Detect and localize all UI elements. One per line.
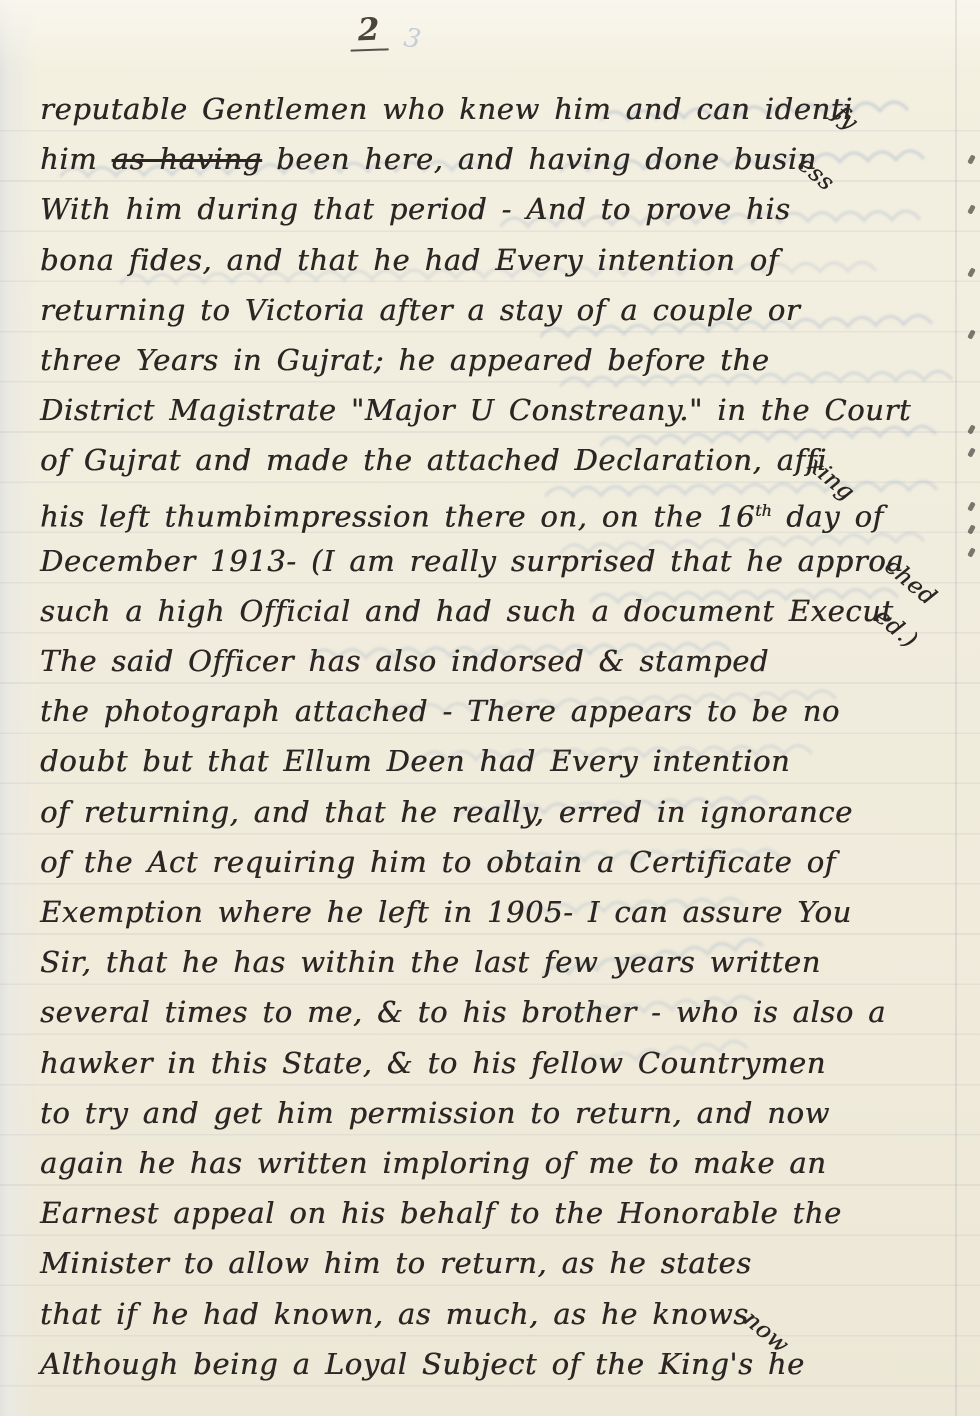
text-segment: th [755,501,772,520]
text-segment: such a high Official and had such a docu… [40,594,894,628]
edge-mark [967,424,976,434]
text-segment: District Magistrate "Major U Constreany.… [40,393,911,427]
edge-mark [967,547,976,557]
handwritten-line: the photograph attached - There appears … [40,686,955,736]
handwritten-line: returning to Victoria after a stay of a … [40,285,955,335]
right-margin-rule [955,0,957,1416]
text-segment: hawker in this State, & to his fellow Co… [40,1046,826,1080]
text-segment: doubt but that Ellum Deen had Every inte… [40,744,790,778]
handwritten-line: of Gujrat and made the attached Declarat… [40,435,955,485]
text-segment: Exemption where he left in 1905- I can a… [40,895,852,929]
text-segment: of the Act requiring him to obtain a Cer… [40,845,836,879]
handwritten-line: Minister to allow him to return, as he s… [40,1238,955,1288]
text-segment: of Gujrat and made the attached Declarat… [40,443,827,477]
text-segment: three Years in Gujrat; he appeared befor… [40,343,769,377]
handwritten-line: again he has written imploring of me to … [40,1138,955,1188]
handwritten-line: him as having been here, and having done… [40,134,955,184]
text-segment: been here, and having done busin [262,142,817,176]
handwritten-line: District Magistrate "Major U Constreany.… [40,385,955,435]
text-segment: that if he had known, as much, as he kno… [40,1297,763,1331]
text-segment: of returning, and that he really, erred … [40,795,853,829]
text-segment: bona fides, and that he had Every intent… [40,243,779,277]
handwritten-line: Although being a Loyal Subject of the Ki… [40,1339,955,1389]
edge-mark [967,329,976,339]
text-segment: again he has written imploring of me to … [40,1146,826,1180]
text-segment: The said Officer has also indorsed & sta… [40,644,769,678]
handwritten-line: December 1913- (I am really surprised th… [40,536,955,586]
page-number: 2 [349,11,388,51]
handwritten-line: reputable Gentlemen who knew him and can… [40,84,955,134]
handwritten-line: to try and get him permission to return,… [40,1088,955,1138]
handwritten-line: three Years in Gujrat; he appeared befor… [40,335,955,385]
page-top-edge [0,0,980,70]
edge-mark [967,204,976,214]
text-segment: Although being a Loyal Subject of the Ki… [40,1347,805,1381]
letter-body: reputable Gentlemen who knew him and can… [40,84,955,1389]
text-segment: to try and get him permission to return,… [40,1096,830,1130]
letter-page: 2 3 reputable Gentlemen who knew him and… [0,0,980,1416]
handwritten-line: of returning, and that he really, erred … [40,787,955,837]
text-segment: several times to me, & to his brother - … [40,995,886,1029]
text-segment: With him during that period - And to pro… [40,192,791,226]
text-segment: Sir, that he has within the last few yea… [40,945,821,979]
handwritten-line: Sir, that he has within the last few yea… [40,937,955,987]
handwritten-line: doubt but that Ellum Deen had Every inte… [40,736,955,786]
text-segment: reputable Gentlemen who knew him and can… [40,92,853,126]
handwritten-line: bona fides, and that he had Every intent… [40,235,955,285]
handwritten-line: Exemption where he left in 1905- I can a… [40,887,955,937]
text-segment: returning to Victoria after a stay of a … [40,293,800,327]
edge-mark [967,447,976,457]
struck-text: as having [112,142,262,176]
handwritten-line: The said Officer has also indorsed & sta… [40,636,955,686]
handwritten-line: that if he had known, as much, as he kno… [40,1289,955,1339]
edge-mark [967,154,976,164]
edge-mark [967,501,976,511]
page-number-secondary: 3 [402,23,424,55]
text-segment: the photograph attached - There appears … [40,694,840,728]
handwritten-line: several times to me, & to his brother - … [40,987,955,1037]
handwritten-line: hawker in this State, & to his fellow Co… [40,1038,955,1088]
text-segment: his left thumbimpression there on, on th… [40,499,755,533]
text-segment: Minister to allow him to return, as he s… [40,1246,752,1280]
handwritten-line: of the Act requiring him to obtain a Cer… [40,837,955,887]
handwritten-line: such a high Official and had such a docu… [40,586,955,636]
handwritten-line: Earnest appeal on his behalf to the Hono… [40,1188,955,1238]
edge-mark [967,267,976,277]
page-left-edge [0,0,38,1416]
text-segment: December 1913- (I am really surprised th… [40,544,904,578]
edge-mark [967,524,976,534]
text-segment: him [40,142,112,176]
text-segment: Earnest appeal on his behalf to the Hono… [40,1196,842,1230]
